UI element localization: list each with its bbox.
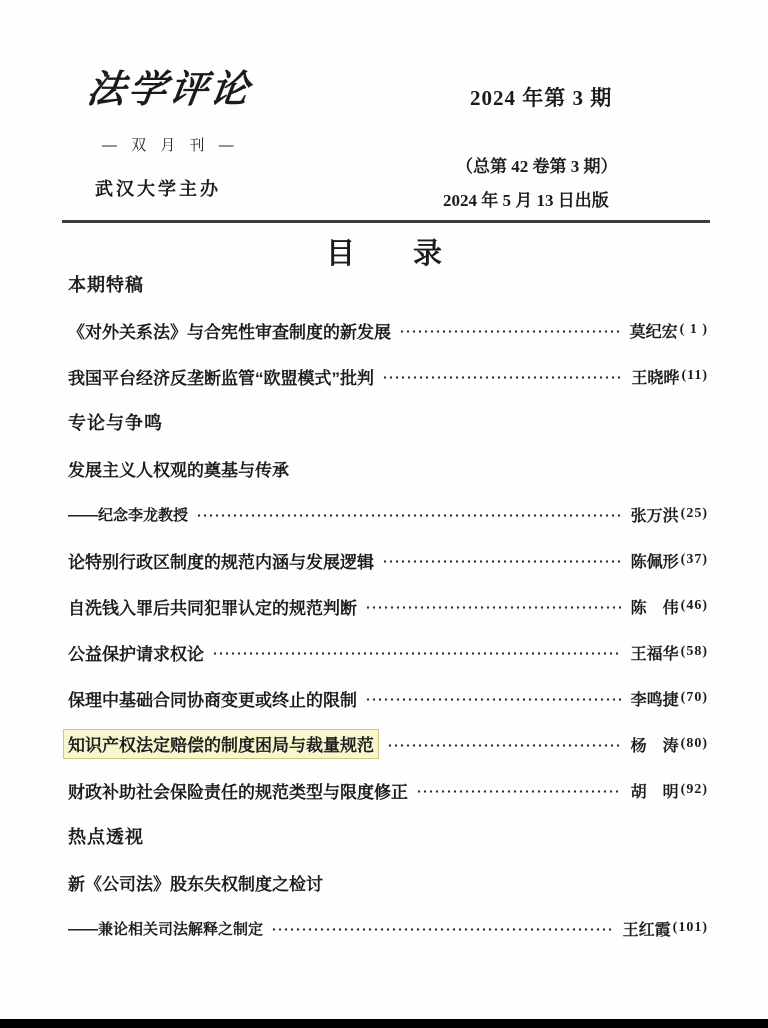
toc-row: 财政补助社会保险责任的规范类型与限度修正 胡 明 (92) <box>68 779 708 801</box>
dot-leader <box>365 698 621 701</box>
article-title: 发展主义人权观的奠基与传承 <box>68 456 289 481</box>
journal-organizer: 武汉大学主办 <box>95 175 221 201</box>
article-title: 自洗钱入罪后共同犯罪认定的规范判断 <box>68 594 357 619</box>
toc-section-header: 本期特稿 <box>68 273 708 295</box>
article-author: 王福华 <box>631 641 679 664</box>
article-page-number: (101) <box>673 920 708 936</box>
toc-row: 我国平台经济反垄断监管“欧盟模式”批判 王晓晔 (11) <box>68 365 708 387</box>
article-page-number: ( 1 ) <box>680 322 708 338</box>
toc-list: 本期特稿 《对外关系法》与合宪性审查制度的新发展 莫纪宏 ( 1 ) 我国平台经… <box>68 273 708 963</box>
article-title: 知识产权法定赔偿的制度困局与裁量规范 <box>63 729 379 759</box>
volume-info: （总第 42 卷第 3 期） <box>456 152 618 177</box>
publish-date: 2024 年 5 月 13 日出版 <box>443 186 609 211</box>
article-author: 陈佩形 <box>631 549 679 572</box>
dot-leader <box>416 790 621 793</box>
article-title: 我国平台经济反垄断监管“欧盟模式”批判 <box>68 364 374 389</box>
article-title: 新《公司法》股东失权制度之检讨 <box>68 870 323 895</box>
dot-leader <box>196 514 621 517</box>
toc-row: 知识产权法定赔偿的制度困局与裁量规范 杨 涛 (80) <box>68 733 708 755</box>
toc-row: 论特别行政区制度的规范内涵与发展逻辑 陈佩形 (37) <box>68 549 708 571</box>
article-title: 公益保护请求权论 <box>68 640 204 665</box>
toc-row: 保理中基础合同协商变更或终止的限制 李鸣捷 (70) <box>68 687 708 709</box>
header-divider <box>62 220 710 223</box>
article-title: ——兼论相关司法解释之制定 <box>68 918 263 939</box>
article-page-number: (37) <box>681 552 708 568</box>
issue-number: 2024 年第 3 期 <box>470 82 612 112</box>
article-author: 胡 明 <box>631 779 679 802</box>
article-page-number: (58) <box>681 644 708 660</box>
journal-logo: 法学评论 <box>84 58 256 113</box>
article-author: 李鸣捷 <box>631 687 679 710</box>
dot-leader <box>212 652 621 655</box>
toc-title: 目 录 <box>0 231 768 272</box>
article-author: 王晓晔 <box>631 365 679 388</box>
article-author: 陈 伟 <box>631 595 679 618</box>
toc-section-header: 专论与争鸣 <box>68 411 708 433</box>
article-title: 《对外关系法》与合宪性审查制度的新发展 <box>68 318 391 343</box>
article-page-number: (70) <box>681 690 708 706</box>
article-title: 专论与争鸣 <box>68 409 163 435</box>
article-page-number: (80) <box>681 736 708 752</box>
article-author: 莫纪宏 <box>630 319 678 342</box>
toc-row: 发展主义人权观的奠基与传承 <box>68 457 708 479</box>
article-title: 财政补助社会保险责任的规范类型与限度修正 <box>68 778 408 803</box>
article-author: 王红霞 <box>623 917 671 940</box>
toc-row: 新《公司法》股东失权制度之检讨 <box>68 871 708 893</box>
article-page-number: (92) <box>681 782 708 798</box>
dot-leader <box>365 606 621 609</box>
scan-edge-bar <box>0 1019 768 1028</box>
dot-leader <box>399 330 620 333</box>
article-title: 热点透视 <box>68 823 144 849</box>
dot-leader <box>382 376 621 379</box>
article-title: 论特别行政区制度的规范内涵与发展逻辑 <box>68 548 374 573</box>
toc-row: 《对外关系法》与合宪性审查制度的新发展 莫纪宏 ( 1 ) <box>68 319 708 341</box>
toc-row: 公益保护请求权论 王福华 (58) <box>68 641 708 663</box>
journal-toc-page: 法学评论 — 双 月 刊 — 武汉大学主办 2024 年第 3 期 （总第 42… <box>0 0 768 1028</box>
article-page-number: (11) <box>681 368 708 384</box>
article-title: 保理中基础合同协商变更或终止的限制 <box>68 686 357 711</box>
article-author: 杨 涛 <box>631 733 679 756</box>
article-page-number: (25) <box>681 506 708 522</box>
article-author: 张万洪 <box>631 503 679 526</box>
journal-frequency: — 双 月 刊 — <box>102 134 239 155</box>
toc-row: ——纪念李龙教授 张万洪 (25) <box>68 503 708 525</box>
toc-row: 自洗钱入罪后共同犯罪认定的规范判断 陈 伟 (46) <box>68 595 708 617</box>
article-page-number: (46) <box>681 598 708 614</box>
dot-leader <box>387 744 621 747</box>
article-title: ——纪念李龙教授 <box>68 504 188 525</box>
toc-section-header: 热点透视 <box>68 825 708 847</box>
dot-leader <box>382 560 621 563</box>
dot-leader <box>271 928 613 931</box>
toc-row: ——兼论相关司法解释之制定 王红霞 (101) <box>68 917 708 939</box>
article-title: 本期特稿 <box>68 271 144 297</box>
